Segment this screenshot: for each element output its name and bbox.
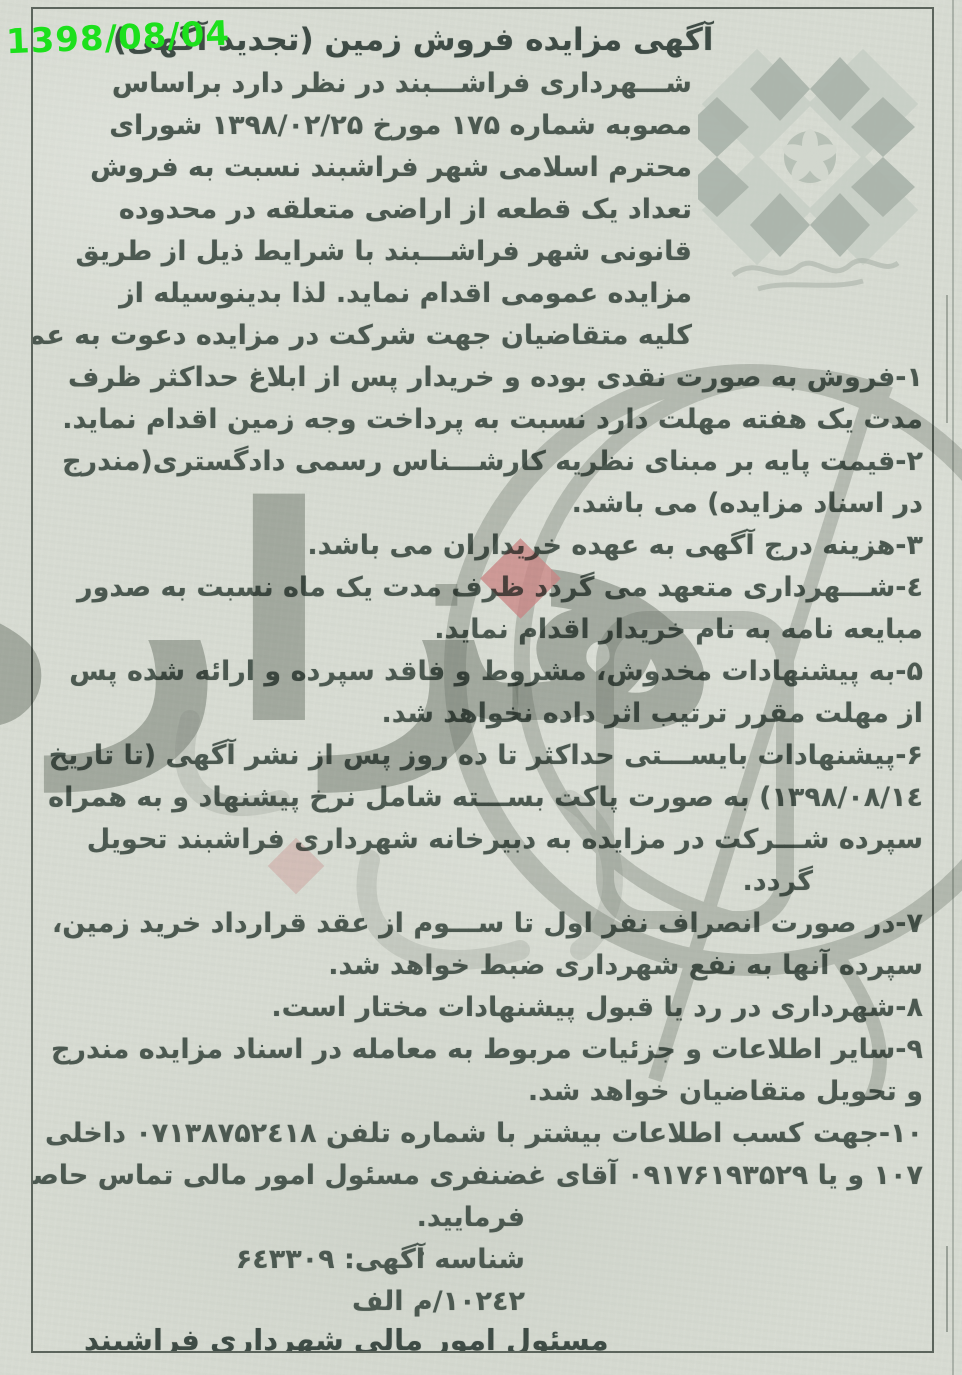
column-rule-segment: [946, 1246, 948, 1332]
terms-line: گردد.: [42, 861, 923, 903]
terms-line: و تحویل متقاضیان خواهد شد.: [42, 1071, 923, 1113]
terms-line: ٤-شـــهرداری متعهد می گردد ظرف مدت یک ما…: [42, 567, 923, 609]
terms-line: سپرده شـــرکت در مزایده به دبیرخانه شهرد…: [42, 819, 923, 861]
terms-line: ۲-قیمت پایه بر مبنای نظریه کارشـــناس رس…: [42, 441, 923, 483]
terms-line: ۸-شهرداری در رد یا قبول پیشنهادات مختار …: [42, 987, 923, 1029]
ink-speck: [419, 1251, 424, 1256]
ad-id: شناسه آگهی: ۶٤۳۳۰۹: [42, 1239, 923, 1281]
scan-date-stamp: 1398/08/04: [5, 16, 230, 61]
terms-line: ۵-به پیشنهادات مخدوش، مشروط و فاقد سپرده…: [42, 651, 923, 693]
terms-line: ۱۰-جهت کسب اطلاعات بیشتر با شماره تلفن ۰…: [42, 1113, 923, 1155]
terms-line: ۷-در صورت انصراف نفر اول تا ســـوم از عق…: [42, 903, 923, 945]
terms-line: کلیه متقاضیان جهت شرکت در مزایده دعوت به…: [42, 315, 923, 357]
terms-line: ۳-هزینه درج آگهی به عهده خریداران می باش…: [42, 525, 923, 567]
terms-line: فرمایید.: [42, 1197, 923, 1239]
column-rule-segment: [946, 295, 948, 423]
terms-line: در اسناد مزایده) می باشد.: [42, 483, 923, 525]
terms-line: سپرده آنها به نفع شهرداری ضبط خواهد شد.: [42, 945, 923, 987]
terms-line: ۱-فروش به صورت نقدی بوده و خریدار پس از …: [42, 357, 923, 399]
terms-line: مبایعه نامه به نام خریدار اقدام نماید.: [42, 609, 923, 651]
auction-ad-frame: آگهی مزایده فروش زمین (تجدید آگهی) شـــه…: [31, 7, 934, 1353]
terms-line: از مهلت مقرر ترتیب اثر داده نخواهد شد.: [42, 693, 923, 735]
terms-line: ۶-پیشنهادات بایســـتی حداکثر تا ده روز پ…: [42, 735, 923, 777]
newspaper-scan-page: آگهی مزایده فروش زمین (تجدید آگهی) شـــه…: [0, 0, 962, 1375]
emblem-caption-squiggle: [733, 260, 898, 289]
terms-line: ۹-سایر اطلاعات و جزئیات مربوط به معامله …: [42, 1029, 923, 1071]
signature: مسئول امور مالی شهرداری فراشبند: [42, 1323, 923, 1353]
terms-line: ۱۰۷ و یا ۰۹۱۷۶۱۹۳۵۲۹ آقای غضنفری مسئول ا…: [42, 1155, 923, 1197]
terms-line: مدت یک هفته مهلت دارد نسبت به پرداخت وجه…: [42, 399, 923, 441]
terms-line: ۱۳۹۸/۰۸/۱٤) به صورت پاکت بســـته شامل نر…: [42, 777, 923, 819]
column-rule-line: [952, 0, 954, 1375]
press-ref: ۱۰۲٤۲/م الف: [42, 1281, 923, 1323]
